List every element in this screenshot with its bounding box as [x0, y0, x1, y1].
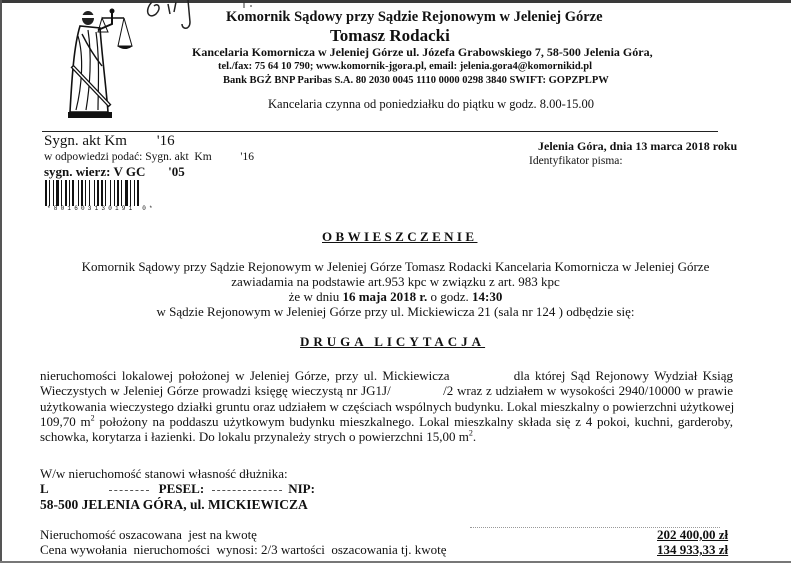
barcode-icon [44, 180, 160, 206]
property-row: Wieczystych w Jeleniej Górze prowadzi ks… [40, 383, 733, 398]
property-row: 109,70 m2 położony na poddaszu użytkowym… [40, 414, 733, 429]
document-date: Jelenia Góra, dnia 13 marca 2018 roku [538, 139, 737, 154]
office-hours: Kancelaria czynna od poniedziałku do pią… [268, 97, 594, 112]
notice-line-1: Komornik Sądowy przy Sądzie Rejonowym w … [0, 259, 791, 275]
notice-title: OBWIESZCZENIE [322, 229, 477, 245]
owner-address: 58-500 JELENIA GÓRA, ul. MICKIEWICZA [40, 497, 308, 513]
notice-line-4: w Sądzie Rejonowym w Jeleniej Górze przy… [0, 304, 791, 320]
window-top-border [0, 0, 791, 3]
notice-line-3-mid: o godz. [427, 289, 472, 304]
header-divider [42, 131, 718, 132]
owner-initial: L [40, 481, 49, 496]
owner-intro: W/w nieruchomość stanowi własność dłużni… [40, 466, 288, 482]
property-row: schowka, korytarza i łazienki. Do lokalu… [40, 429, 733, 444]
notice-line-3-pre: że w dniu [289, 289, 343, 304]
property-row: nieruchomości lokalowej położonej w Jele… [40, 368, 733, 383]
estimate-value: 202 400,00 zł [657, 527, 728, 543]
office-address: Kancelaria Komornicza w Jeleniej Górze u… [192, 45, 653, 60]
case-number: Sygn. akt Km '16 [44, 133, 175, 150]
reply-reference: w odpowiedzi podać: Sygn. akt Km '16 [44, 151, 254, 163]
auction-date: 16 maja 2018 r. [342, 289, 427, 304]
auction-time: 14:30 [472, 289, 502, 304]
bailiff-name: Tomasz Rodacki [330, 26, 450, 46]
property-row-text: położony na poddaszu użytkowym budynku m… [95, 414, 733, 429]
redacted-pesel [212, 490, 282, 491]
period: . [473, 429, 476, 444]
property-area: 109,70 m [40, 414, 91, 429]
notice-line-3: że w dniu 16 maja 2018 r. o godz. 14:30 [0, 289, 791, 305]
property-row-text: schowka, korytarza i łazienki. Do lokalu… [40, 429, 469, 444]
redacted-name [109, 490, 149, 491]
lady-justice-icon [58, 6, 138, 118]
call-price-label: Cena wywołania nieruchomości wynosi: 2/3… [40, 542, 447, 558]
estimate-label: Nieruchomość oszacowana jest na kwotę [40, 527, 257, 543]
document-id-label: Identyfikator pisma: [529, 155, 623, 167]
property-description: nieruchomości lokalowej położonej w Jele… [40, 368, 733, 444]
notice-line-2: zawiadamia na podstawie art.953 kpc w zw… [0, 274, 791, 290]
call-price-value: 134 933,33 zł [657, 542, 728, 558]
bank-details: Bank BGŻ BNP Paribas S.A. 80 2030 0045 1… [223, 75, 609, 86]
barcode-digits: *801603130191 0* [47, 205, 156, 212]
office-title: Komornik Sądowy przy Sądzie Rejonowym w … [226, 9, 603, 26]
creditor-reference: sygn. wierz: V GC '05 [44, 164, 185, 180]
auction-title: DRUGA LICYTACJA [300, 334, 485, 350]
pesel-label: PESEL: [159, 481, 205, 496]
office-contact: tel./fax: 75 64 10 790; www.komornik-jgo… [218, 61, 592, 72]
nip-label: NIP: [288, 481, 315, 496]
owner-identity: LPESEL:NIP: [40, 481, 315, 497]
property-row: użytkowania wieczystego działki gruntu o… [40, 399, 733, 414]
